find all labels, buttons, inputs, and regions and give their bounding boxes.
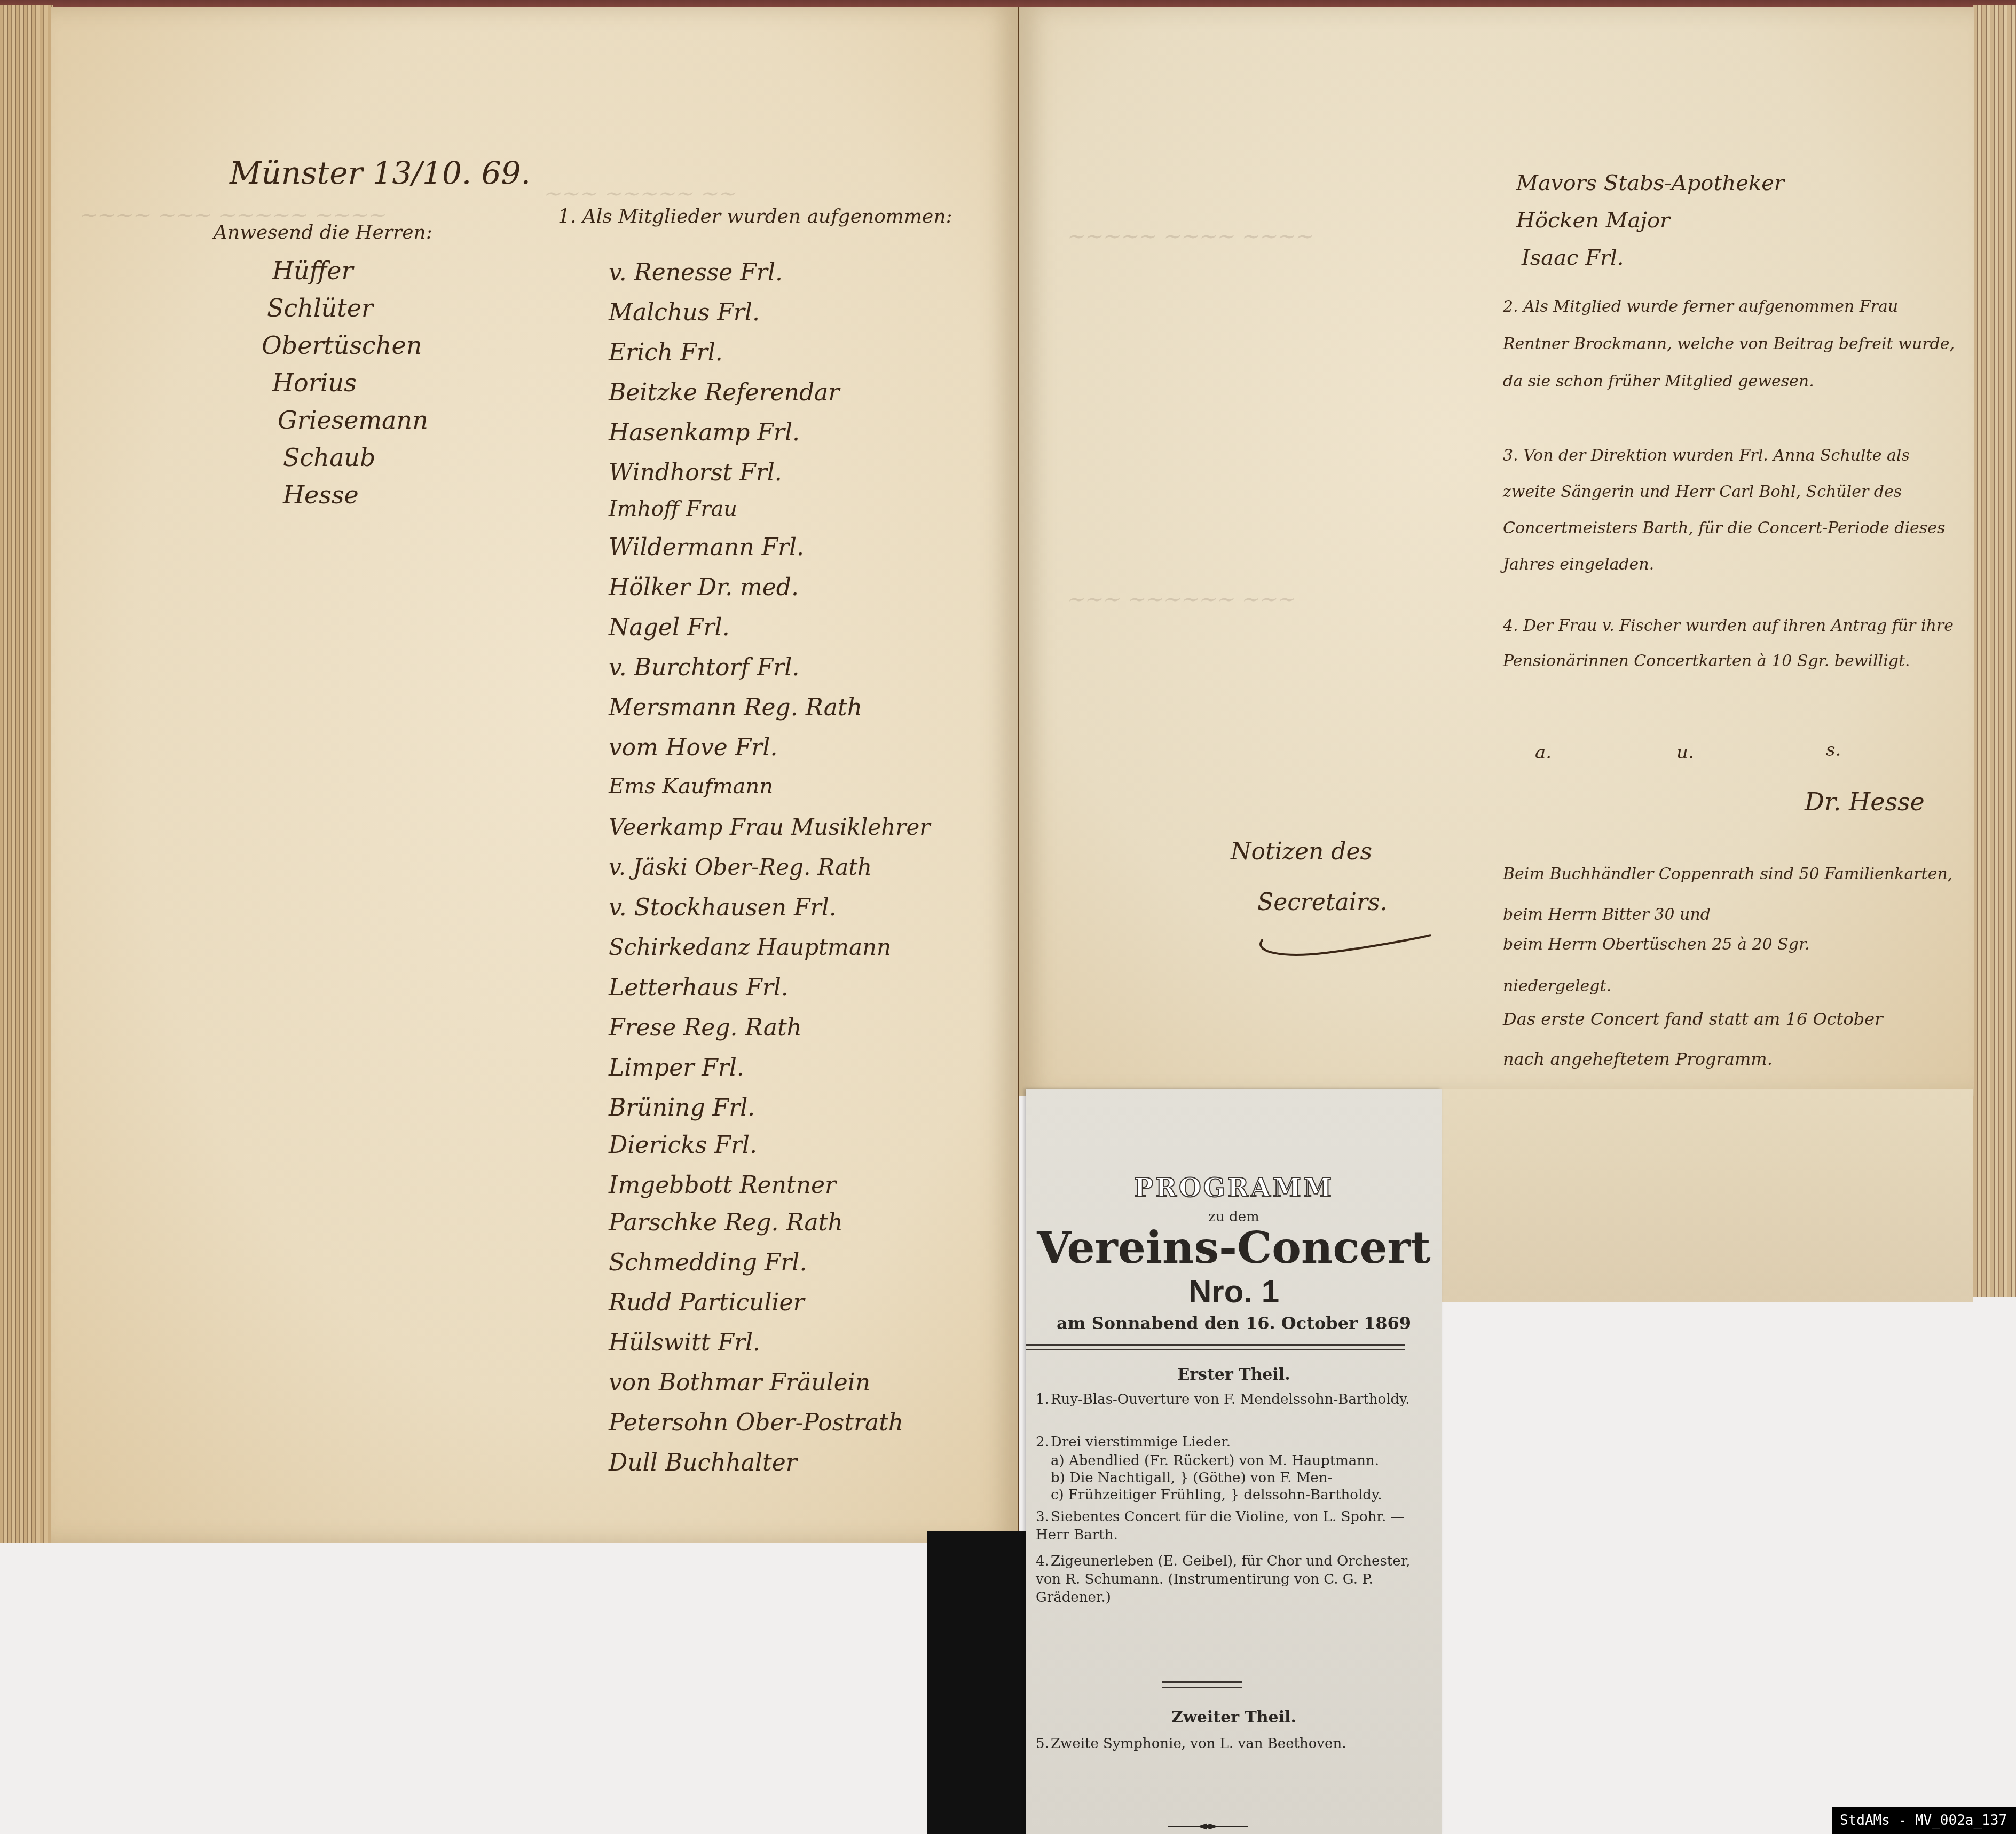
signoff-mark: u.	[1676, 742, 1694, 763]
member-entry: Hasenkamp Frl.	[609, 419, 800, 446]
member-entry: Veerkamp Frau Musiklehrer	[609, 814, 930, 840]
member-entry: Höcken Major	[1516, 208, 1670, 233]
minutes-item-3: 3. Von der Direktion wurden Frl. Anna Sc…	[1503, 438, 1962, 583]
member-entry: Imgebbott Rentner	[609, 1172, 836, 1199]
meeting-date-heading: Münster 13/10. 69.	[230, 155, 531, 191]
concert-date: am Sonnabend den 16. October 1869	[1026, 1313, 1442, 1333]
notes-line: nach angeheftetem Programm.	[1503, 1049, 1773, 1069]
minutes-item-4: 4. Der Frau v. Fischer wurden auf ihren …	[1503, 608, 1962, 679]
short-double-rule	[1162, 1681, 1242, 1688]
member-entry: Mavors Stabs-Apotheker	[1516, 171, 1784, 195]
signoff-mark: a.	[1535, 742, 1552, 763]
member-entry: v. Stockhausen Frl.	[609, 894, 837, 921]
attendee: Obertüschen	[262, 331, 422, 360]
concert-number: Nro. 1	[1026, 1273, 1442, 1310]
member-entry: Hülswitt Frl.	[609, 1329, 760, 1356]
member-entry: von Bothmar Fräulein	[609, 1369, 870, 1396]
notes-line: beim Herrn Obertüschen 25 à 20 Sgr.	[1503, 935, 1810, 954]
notes-line: niedergelegt.	[1503, 977, 1611, 995]
right-page-edges	[1973, 5, 2016, 1297]
member-entry: Brüning Frl.	[609, 1094, 755, 1121]
program-title: PROGRAMM	[1026, 1173, 1442, 1203]
notes-line: Das erste Concert fand statt am 16 Octob…	[1503, 1009, 1883, 1029]
program-subitem: a) Abendlied (Fr. Rückert) von M. Hauptm…	[1036, 1452, 1446, 1470]
member-entry: Letterhaus Frl.	[609, 974, 789, 1001]
left-page	[51, 7, 1019, 1543]
bleed-through-text: ​~~~ ~~~~~ ~~	[540, 181, 742, 206]
concert-program-slip: PROGRAMM zu dem Vereins-Concert Nro. 1 a…	[1026, 1089, 1442, 1834]
attendee: Hüffer	[272, 256, 353, 285]
member-entry: Wildermann Frl.	[609, 534, 804, 561]
member-entry: Diericks Frl.	[609, 1132, 757, 1159]
member-entry: Rudd Particulier	[609, 1289, 805, 1316]
member-entry: vom Hove Frl.	[609, 734, 777, 761]
member-entry: v. Renesse Frl.	[609, 259, 783, 286]
member-entry: Schmedding Frl.	[609, 1249, 807, 1276]
program-subitem: c) Frühzeitiger Frühling, } delssohn-Bar…	[1036, 1486, 1446, 1504]
member-entry: Ems Kaufmann	[609, 774, 773, 799]
ornamental-rule-icon	[1168, 1823, 1248, 1830]
concert-name: Vereins-Concert	[1026, 1222, 1442, 1274]
member-entry: Limper Frl.	[609, 1054, 744, 1081]
bleed-through-text: ​~~~~~ ~~~~ ~~~~	[1064, 224, 1319, 249]
member-entry: Windhorst Frl.	[609, 459, 782, 486]
attendee: Schlüter	[267, 294, 373, 322]
member-entry: Frese Reg. Rath	[609, 1014, 802, 1041]
member-entry: Petersohn Ober-Postrath	[609, 1409, 903, 1436]
member-entry: Dull Buchhalter	[609, 1449, 797, 1476]
attendance-intro: Anwesend die Herren:	[214, 222, 432, 243]
member-entry: Isaac Frl.	[1522, 246, 1624, 270]
member-entry: Erich Frl.	[609, 339, 723, 366]
signoff-mark: s.	[1826, 739, 1841, 761]
member-entry: Schirkedanz Hauptmann	[609, 934, 891, 960]
item-1-title: 1. Als Mitglieder wurden aufgenommen:	[558, 205, 952, 227]
program-item: 1.Ruy-Blas-Ouverture von F. Mendelssohn-…	[1036, 1390, 1431, 1409]
member-entry: Mersmann Reg. Rath	[609, 694, 862, 721]
part-2-heading: Zweiter Theil.	[1026, 1708, 1442, 1727]
program-item: 5.Zweite Symphonie, von L. van Beethoven…	[1036, 1735, 1431, 1753]
attendee: Horius	[272, 368, 357, 397]
book-gutter	[1018, 7, 1019, 1539]
attendee: Schaub	[283, 443, 375, 472]
archive-reference-label: StdAMs - MV_002a_137	[1832, 1807, 2016, 1834]
member-entry: Parschke Reg. Rath	[609, 1209, 843, 1236]
bleed-through-text: ​~~~ ~~~~~~ ~~~	[1064, 587, 1301, 612]
notes-line: Beim Buchhändler Coppenrath sind 50 Fami…	[1503, 854, 1967, 935]
member-entry: Beitzke Referendar	[609, 379, 839, 406]
member-entry: v. Burchtorf Frl.	[609, 654, 799, 681]
margin-note-line: Secretairs.	[1257, 889, 1387, 916]
attendee: Griesemann	[278, 406, 428, 434]
part-1-heading: Erster Theil.	[1026, 1365, 1442, 1384]
member-entry: Nagel Frl.	[609, 614, 730, 641]
left-page-edges	[0, 5, 53, 1543]
program-subitem: b) Die Nachtigall, } (Göthe) von F. Men-	[1036, 1469, 1446, 1487]
minutes-item-2: 2. Als Mitglied wurde ferner aufgenommen…	[1503, 288, 1962, 400]
black-backing-strip	[927, 1531, 1026, 1834]
member-entry: Malchus Frl.	[609, 299, 760, 326]
member-entry: Hölker Dr. med.	[609, 574, 799, 601]
right-page-lower-area	[1442, 1089, 1973, 1302]
secretary-signature: Dr. Hesse	[1805, 787, 1925, 816]
program-item: 2.Drei vierstimmige Lieder.	[1036, 1433, 1431, 1451]
margin-note-line: Notizen des	[1231, 838, 1372, 865]
member-entry: v. Jäski Ober-Reg. Rath	[609, 854, 872, 880]
attendee: Hesse	[283, 480, 359, 509]
program-item: 4.Zigeunerleben (E. Geibel), für Chor un…	[1036, 1552, 1431, 1607]
program-item: 3.Siebentes Concert für die Violine, von…	[1036, 1508, 1431, 1544]
flourish-underline-icon	[1252, 929, 1434, 961]
member-entry: Imhoff Frau	[609, 496, 737, 521]
double-rule-divider	[1026, 1344, 1405, 1350]
